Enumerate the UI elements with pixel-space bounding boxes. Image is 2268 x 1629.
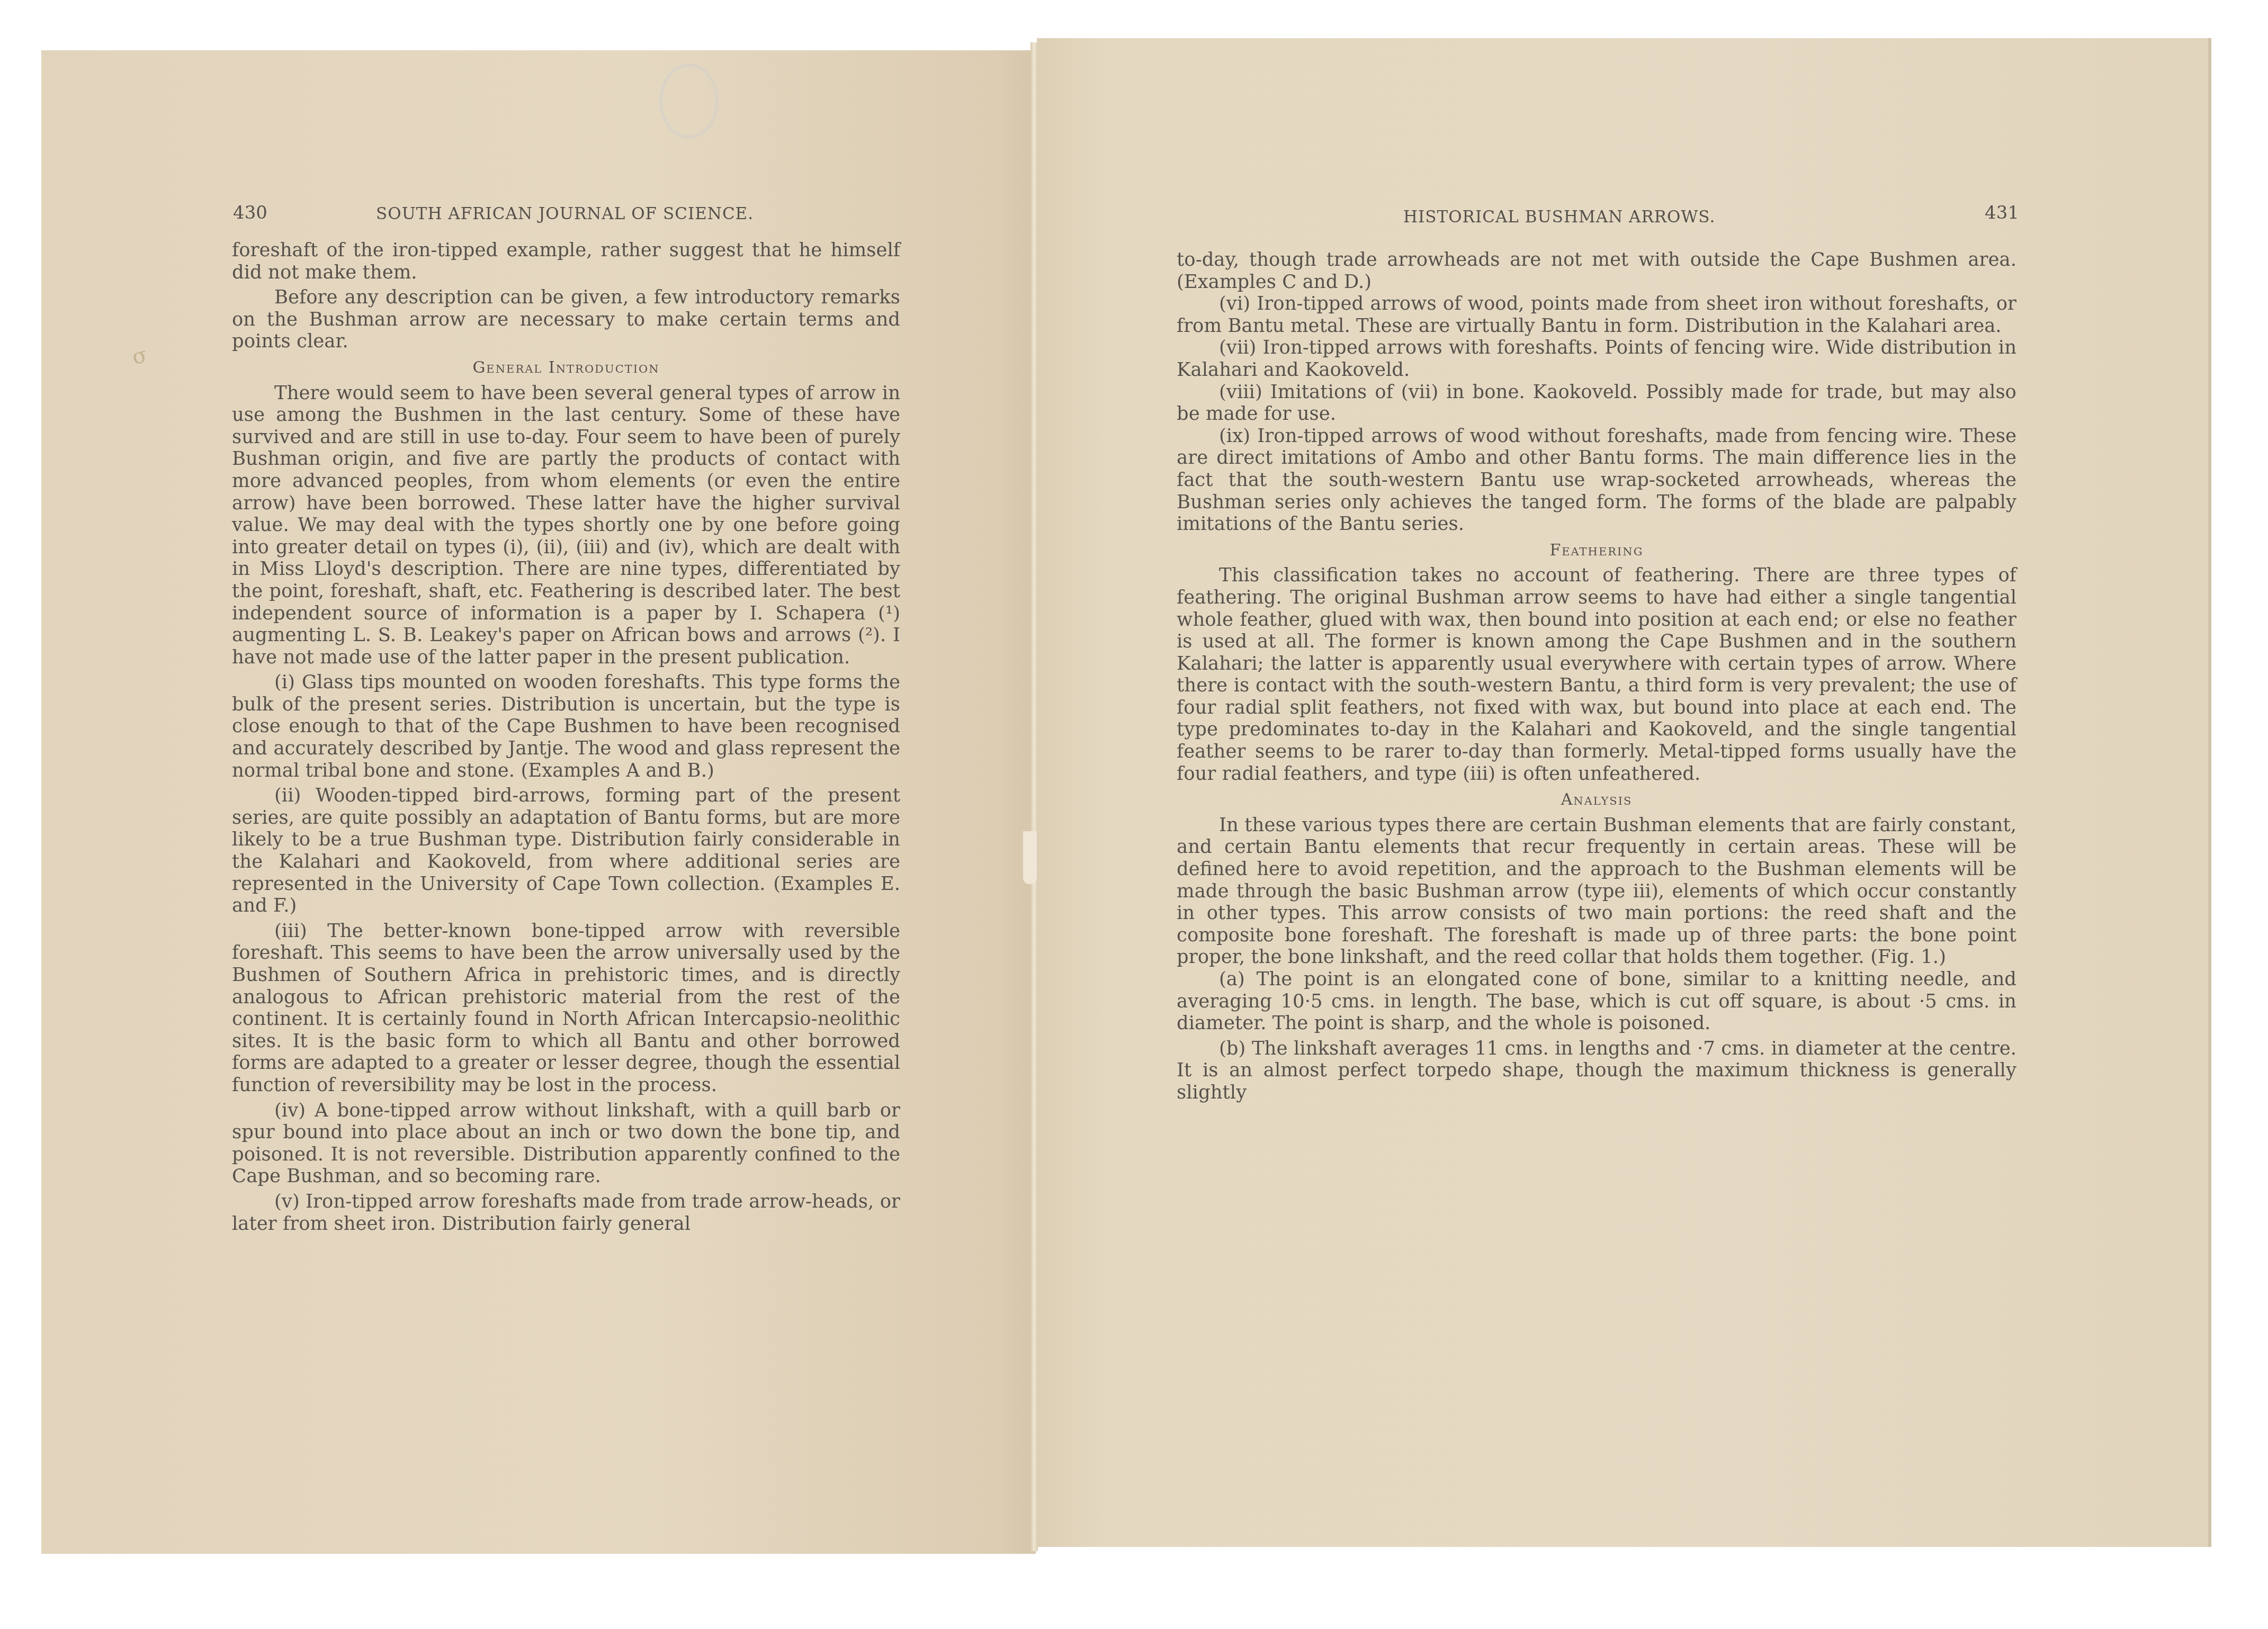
- section-heading-general-introduction: General Introduction: [232, 357, 900, 379]
- faint-stamp-mark: [659, 64, 719, 139]
- paragraph-linkshaft: (b) The linkshaft averages 11 cms. in le…: [1177, 1038, 2016, 1104]
- paragraph-type-ii: (ii) Wooden-tipped bird-arrows, forming …: [232, 785, 900, 917]
- paragraph-analysis: In these various types there are certain…: [1177, 814, 2016, 968]
- spine-tab: [1023, 831, 1037, 884]
- left-page-number: 430: [233, 202, 267, 223]
- right-running-head: HISTORICAL BUSHMAN ARROWS.: [1403, 208, 1715, 227]
- right-text-column: to-day, though trade arrowheads are not …: [1177, 249, 2016, 1104]
- book-spine: [1030, 42, 1038, 1551]
- paragraph: to-day, though trade arrowheads are not …: [1177, 249, 2016, 293]
- paragraph-feathering: This classification takes no account of …: [1177, 564, 2016, 785]
- paragraph: Before any description can be given, a f…: [232, 286, 900, 353]
- paragraph: There would seem to have been several ge…: [232, 382, 900, 669]
- paragraph-type-iii: (iii) The better-known bone-tipped arrow…: [232, 920, 900, 1096]
- paragraph: foreshaft of the iron-tipped example, ra…: [232, 239, 900, 283]
- section-heading-feathering: Feathering: [1177, 539, 2016, 562]
- paragraph-type-ix: (ix) Iron-tipped arrows of wood without …: [1177, 425, 2016, 535]
- paragraph-type-iv: (iv) A bone-tipped arrow without linksha…: [232, 1100, 900, 1187]
- paragraph-type-viii: (viii) Imitations of (vii) in bone. Kaok…: [1177, 381, 2016, 425]
- section-heading-analysis: Analysis: [1177, 789, 2016, 811]
- left-text-column: foreshaft of the iron-tipped example, ra…: [232, 239, 900, 1235]
- paragraph-type-vii: (vii) Iron-tipped arrows with foreshafts…: [1177, 337, 2016, 381]
- paragraph-type-i: (i) Glass tips mounted on wooden foresha…: [232, 671, 900, 781]
- right-page-number: 431: [1985, 202, 2019, 223]
- paragraph-type-v: (v) Iron-tipped arrow foreshafts made fr…: [232, 1191, 900, 1235]
- left-running-head: SOUTH AFRICAN JOURNAL OF SCIENCE.: [376, 204, 754, 223]
- paragraph-type-vi: (vi) Iron-tipped arrows of wood, points …: [1177, 293, 2016, 337]
- paragraph-point: (a) The point is an elongated cone of bo…: [1177, 968, 2016, 1034]
